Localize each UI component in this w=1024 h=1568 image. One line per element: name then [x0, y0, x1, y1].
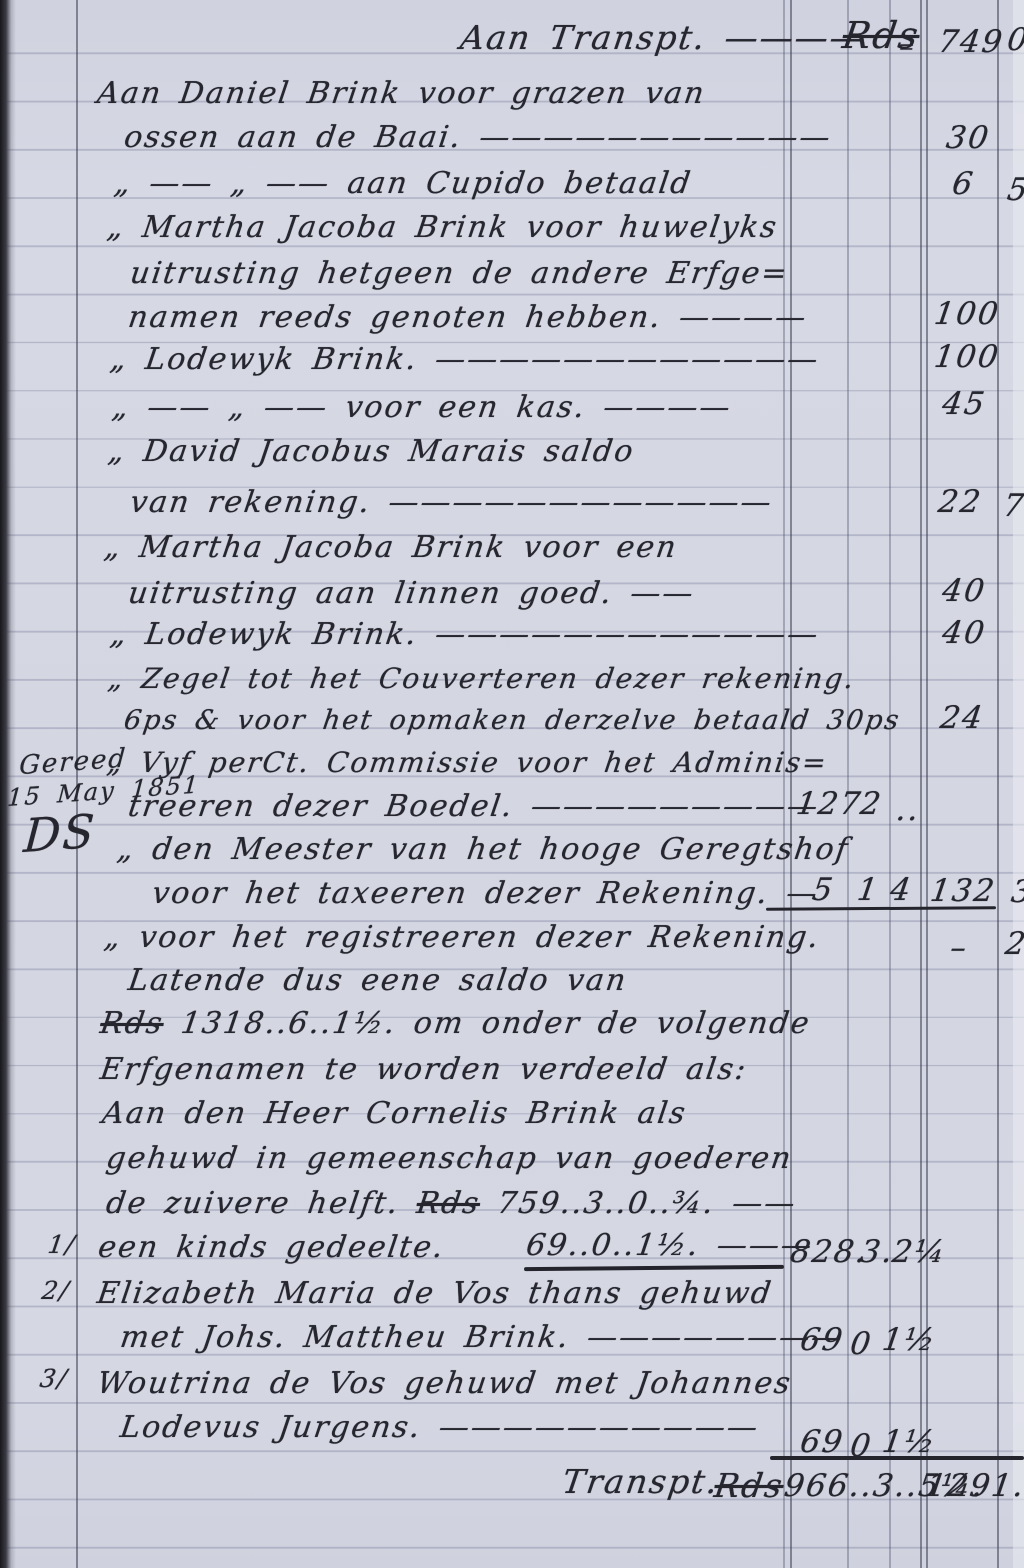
- narrative-line: Latende dus eene saldo van: [126, 963, 630, 998]
- amount-rds: 6: [950, 166, 977, 202]
- margin-note-initials: DS: [22, 804, 98, 863]
- narrative-line: de zuivere helft. Rds 759..3..0..¾. ——: [104, 1186, 799, 1221]
- entry-line: namen reeds genoten hebben. ————: [126, 300, 810, 335]
- amount-rds: 100: [932, 296, 1002, 332]
- total-rule: [770, 1456, 1024, 1460]
- amount-rds: 100: [932, 339, 1002, 375]
- entry-line: van rekening. ————————————: [128, 485, 775, 520]
- heir-line: Lodevus Jurgens. ——————————: [118, 1410, 761, 1445]
- amount-inner-st: ..: [894, 792, 923, 828]
- currency-symbol: Rds: [98, 1006, 166, 1041]
- carried-amount-sk: 0: [1005, 22, 1024, 58]
- saldo-amount: 1318..6..1½. om onder de volgende: [161, 1006, 813, 1041]
- margin-note: Gereed 15 May 1851 DS: [2, 744, 122, 752]
- currency-symbol: Rds: [414, 1186, 482, 1221]
- narrative-line: Rds 1318..6..1½. om onder de volgende: [98, 1006, 813, 1041]
- column-rule-outer-sk: [997, 0, 999, 1568]
- scan-right-edge: [1013, 0, 1024, 1568]
- heir-amount-underline: [524, 1265, 784, 1271]
- entry-line: „ Lodewyk Brink. ————————————: [108, 342, 822, 377]
- amount-rds: 40: [940, 615, 989, 651]
- amount-inner-sk: 0: [848, 1326, 875, 1362]
- total-outer: 1291. 1.: [924, 1468, 1024, 1504]
- entry-line: „ Martha Jacoba Brink voor een: [102, 530, 680, 565]
- carried-forward-label: Aan Transpt. ————: [458, 18, 868, 57]
- currency-symbol: Rds: [712, 1466, 786, 1505]
- amount-inner-sk: 2: [858, 786, 885, 822]
- amount-inner-sk: 1: [855, 872, 882, 908]
- column-rule-inner-1: [847, 0, 849, 1568]
- entry-line: „ —— „ —— voor een kas. ————: [110, 390, 734, 425]
- half-share-amount: 759..3..0..¾. ——: [478, 1186, 799, 1221]
- amount-inner-st: 2¼: [890, 1234, 949, 1270]
- amount-rds: 40: [940, 573, 989, 609]
- amount-rds: 30: [944, 120, 993, 156]
- entry-line: „ Martha Jacoba Brink voor huwelyks: [105, 210, 780, 245]
- entry-line: „ Lodewyk Brink. ————————————: [108, 617, 822, 652]
- entry-line: uitrusting hetgeen de andere Erfge=: [128, 256, 791, 291]
- entry-line: „ —— „ —— aan Cupido betaald: [112, 166, 694, 201]
- entry-line: ossen aan de Baai. ———————————: [122, 120, 834, 155]
- amount-rds: 22: [936, 484, 985, 520]
- amount-inner-rds: 127: [794, 786, 864, 822]
- sum-underline: [766, 906, 996, 910]
- amount-rds: 45: [940, 386, 989, 422]
- narrative-line: Erfgenamen te worden verdeeld als:: [98, 1052, 750, 1087]
- heir-number: 3/: [38, 1364, 70, 1393]
- entry-line: voor het taxeeren dezer Rekening. —: [150, 876, 821, 911]
- amount-inner-rds: 69: [798, 1424, 847, 1460]
- amount-inner-st: 1½: [880, 1322, 939, 1358]
- amount-rds: –: [948, 930, 971, 966]
- entry-line: uitrusting aan linnen goed. ——: [126, 576, 697, 611]
- currency-tick: =: [897, 36, 918, 58]
- ledger-page: Aan Transpt. ———— Rds = 749 0 Aan Daniel…: [0, 0, 1024, 1568]
- amount-inner-st: 4: [888, 872, 915, 908]
- narrative-text: de zuivere helft.: [104, 1186, 419, 1221]
- amount-inner-st: 1½: [880, 1424, 939, 1460]
- heir-share-amount: 69..0..1½. ———: [524, 1228, 816, 1263]
- entry-line: „ den Meester van het hooge Geregtshof: [115, 832, 851, 867]
- amount-rds: 24: [938, 700, 987, 736]
- heir-line: Woutrina de Vos gehuwd met Johannes: [95, 1366, 794, 1401]
- heir-number: 2/: [40, 1276, 72, 1305]
- amount-inner-rds: 69: [798, 1322, 847, 1358]
- narrative-line: Aan den Heer Cornelis Brink als: [100, 1096, 689, 1131]
- entry-line: „ David Jacobus Marais saldo: [106, 434, 637, 469]
- entry-line: 6ps & voor het opmaken derzelve betaald …: [122, 705, 903, 736]
- amount-inner-rds: 5: [810, 872, 837, 908]
- narrative-line: gehuwd in gemeenschap van goederen: [104, 1141, 795, 1176]
- amount-rds: 132: [928, 873, 998, 909]
- heir-line: met Johs. Mattheu Brink. ————————: [118, 1320, 846, 1355]
- transport-label: Transpt.: [560, 1462, 722, 1501]
- entry-line: „ voor het registreeren dezer Rekening.: [102, 920, 822, 955]
- heir-line: een kinds gedeelte.: [96, 1230, 447, 1265]
- entry-line: „ Zegel tot het Couverteren dezer rekeni…: [106, 662, 858, 695]
- entry-line: Aan Daniel Brink voor grazen van: [95, 76, 708, 111]
- heir-line: Elizabeth Maria de Vos thans gehuwd: [95, 1276, 775, 1311]
- amount-sk: 7: [1001, 488, 1024, 524]
- amount-sk: 3: [1009, 874, 1024, 910]
- entry-line: treeren dezer Boedel. —————————: [126, 789, 822, 824]
- amount-sk: 2: [1003, 926, 1024, 962]
- heir-number: 1/: [46, 1230, 78, 1259]
- amount-sk: 5: [1005, 172, 1024, 208]
- carried-amount-rds: 749: [936, 24, 1006, 60]
- entry-line: „ Vyf perCt. Commissie voor het Adminis=: [105, 746, 830, 779]
